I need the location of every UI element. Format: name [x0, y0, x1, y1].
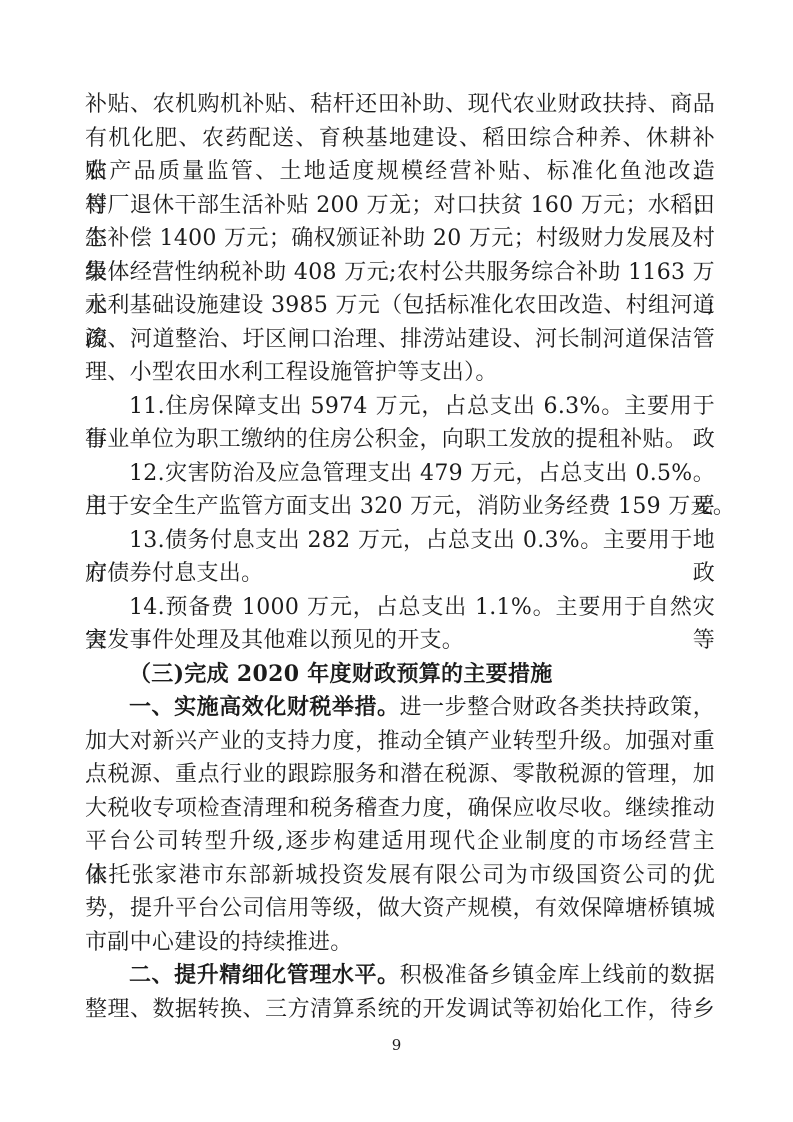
text-line: 态补偿 1400 万元；确权颁证补助 20 万元；村级财力发展及村级 [85, 222, 715, 256]
text-line: 13.债务付息支出 282 万元，占总支出 0.3%。主要用于地方政 [85, 524, 715, 558]
text-run: 点税源、重点行业的跟踪服务和潜在税源、零散税源的管理，加 [85, 762, 715, 787]
text-run: 府债券付息支出。 [85, 561, 263, 586]
text-line: 农产品质量监管、土地适度规模经营补贴、标准化鱼池改造等）； [85, 155, 715, 189]
bold-text-run: （三)完成 2020 年度财政预算的主要措施 [129, 661, 553, 687]
text-run: 大税收专项检查清理和税务稽查力度，确保应收尽收。继续推动 [85, 796, 715, 821]
text-line: 理、小型农田水利工程设施管护等支出）。 [85, 356, 715, 390]
text-line: 事业单位为职工缴纳的住房公积金，向职工发放的提租补贴。 [85, 423, 715, 457]
text-run: 补贴、农机购机补贴、秸杆还田补助、现代农业财政扶持、商品 [85, 92, 715, 117]
text-line: 势，提升平台公司信用等级，做大资产规模，有效保障塘桥镇城 [85, 892, 715, 926]
text-line: 平台公司转型升级,逐步构建适用现代企业制度的市场经营主体， [85, 825, 715, 859]
text-run: 浚、河道整治、圩区闸口治理、排涝站建设、河长制河道保洁管 [85, 327, 715, 352]
document-body: 补贴、农机购机补贴、秸杆还田补助、现代农业财政扶持、商品有机化肥、农药配送、育秧… [85, 88, 715, 1026]
text-line: 水利基础设施建设 3985 万元（包括标准化农田改造、村组河道疏 [85, 289, 715, 323]
text-line: 依托张家港市东部新城投资发展有限公司为市级国资公司的优 [85, 859, 715, 893]
text-line: 一、实施高效化财税举措。进一步整合财政各类扶持政策， [85, 691, 715, 725]
document-page: 补贴、农机购机补贴、秸杆还田补助、现代农业财政扶持、商品有机化肥、农药配送、育秧… [0, 0, 793, 1122]
text-line: 12.灾害防治及应急管理支出 479 万元，占总支出 0.5%。主要 [85, 457, 715, 491]
text-line: 补贴、农机购机补贴、秸杆还田补助、现代农业财政扶持、商品 [85, 88, 715, 122]
text-line: 用于安全生产监管方面支出 320 万元，消防业务经费 159 万元。 [85, 490, 715, 524]
text-run: 势，提升平台公司信用等级，做大资产规模，有效保障塘桥镇城 [85, 896, 715, 921]
page-number: 9 [0, 1036, 793, 1054]
text-line: 加大对新兴产业的支持力度，推动全镇产业转型升级。加强对重 [85, 725, 715, 759]
text-run: 积极准备乡镇金库上线前的数据 [400, 963, 715, 988]
text-line: 大税收专项检查清理和税务稽查力度，确保应收尽收。继续推动 [85, 792, 715, 826]
text-line: 整理、数据转换、三方清算系统的开发调试等初始化工作，待乡 [85, 993, 715, 1027]
text-run: 依托张家港市东部新城投资发展有限公司为市级国资公司的优 [85, 863, 715, 888]
text-line: 二、提升精细化管理水平。积极准备乡镇金库上线前的数据 [85, 959, 715, 993]
text-line: 集体经营性纳税补助 408 万元;农村公共服务综合补助 1163 万元; [85, 256, 715, 290]
text-run: 市副中心建设的持续推进。 [85, 930, 353, 955]
text-line: （三)完成 2020 年度财政预算的主要措施 [85, 658, 715, 692]
bold-text-run: 二、提升精细化管理水平。 [129, 962, 400, 988]
text-run: 理、小型农田水利工程设施管护等支出）。 [85, 360, 498, 385]
text-run: 事业单位为职工缴纳的住房公积金，向职工发放的提租补贴。 [85, 427, 687, 452]
text-run: 突发事件处理及其他难以预见的开支。 [85, 628, 464, 653]
text-line: 14.预备费 1000 万元，占总支出 1.1%。主要用于自然灾害等 [85, 591, 715, 625]
text-line: 点税源、重点行业的跟踪服务和潜在税源、零散税源的管理，加 [85, 758, 715, 792]
text-line: 村厂退休干部生活补贴 200 万元；对口扶贫 160 万元；水稻田生 [85, 189, 715, 223]
text-run: 加大对新兴产业的支持力度，推动全镇产业转型升级。加强对重 [85, 729, 715, 754]
text-line: 有机化肥、农药配送、育秧基地建设、稻田综合种养、休耕补贴、 [85, 122, 715, 156]
text-line: 11.住房保障支出 5974 万元，占总支出 6.3%。主要用于行政 [85, 390, 715, 424]
text-line: 市副中心建设的持续推进。 [85, 926, 715, 960]
text-run: 整理、数据转换、三方清算系统的开发调试等初始化工作，待乡 [85, 997, 715, 1022]
bold-text-run: 一、实施高效化财税举措。 [129, 694, 400, 720]
text-run: 用于安全生产监管方面支出 320 万元，消防业务经费 159 万元。 [85, 494, 735, 519]
text-line: 浚、河道整治、圩区闸口治理、排涝站建设、河长制河道保洁管 [85, 323, 715, 357]
text-run: 进一步整合财政各类扶持政策， [400, 695, 715, 720]
